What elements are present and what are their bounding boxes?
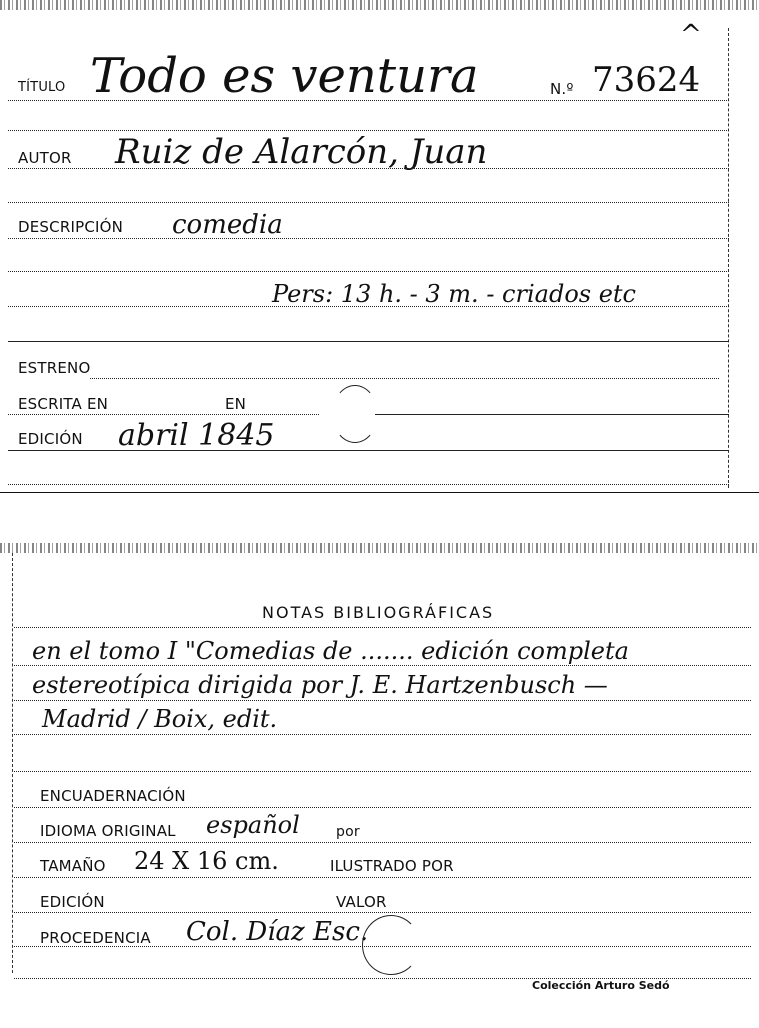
numero-mark: ^ [680,20,702,50]
rule [8,306,729,307]
rule [8,271,729,272]
autor-label: AUTOR [18,149,72,167]
rule [14,912,751,913]
rule [14,842,751,843]
procedencia-label: PROCEDENCIA [40,929,151,947]
card-divider [0,492,759,493]
numero-value: 73624 [592,60,700,100]
procedencia-value: Col. Díaz Esc. [186,917,368,947]
rule [14,700,751,701]
rule [14,665,751,666]
rule [8,130,729,131]
autor-value: Ruiz de Alarcón, Juan [115,132,487,172]
rule [8,238,729,239]
edicion-value: abril 1845 [118,418,275,453]
catalog-card-bottom: NOTAS BIBLIOGRÁFICAS en el tomo I "Comed… [0,553,759,1028]
tamano-value: 24 X 16 cm. [134,847,279,875]
valor-label: VALOR [336,893,387,911]
tamano-label: TAMAÑO [40,857,106,875]
descripcion-value: comedia [172,210,283,240]
notes-line-3: Madrid / Boix, edit. [42,705,277,733]
titulo-label: TÍTULO [18,80,65,95]
rule [8,450,729,451]
rule [14,627,751,628]
catalog-card-top: TÍTULO Todo es ventura N.º 73624 ^ AUTOR… [0,0,759,495]
edicion-label: EDICIÓN [18,430,83,448]
descripcion-label: DESCRIPCIÓN [18,218,123,236]
notes-line-1: en el tomo I "Comedias de ....... edició… [32,637,629,665]
rule [90,378,719,379]
escrita-en-label: ESCRITA EN [18,395,108,413]
notas-heading: NOTAS BIBLIOGRÁFICAS [262,603,494,622]
rule [8,414,319,415]
titulo-value: Todo es ventura [90,48,479,104]
collection-footer: Colección Arturo Sedó [532,979,670,992]
descripcion-extra: Pers: 13 h. - 3 m. - criados etc [272,280,636,308]
rule [8,202,729,203]
rule [14,771,751,772]
rule [8,341,729,342]
torn-edge-middle [0,543,759,553]
card-left-border [12,553,13,973]
encuadernacion-label: ENCUADERNACIÓN [40,787,186,805]
rule [14,946,751,947]
rule [8,484,729,485]
idioma-label: IDIOMA ORIGINAL [40,822,176,840]
rule [375,414,729,415]
rule [14,734,751,735]
stamp-circle [362,915,420,975]
rule [8,168,729,169]
numero-label: N.º [550,80,574,98]
ilustrado-label: ILUSTRADO POR [330,857,454,875]
estreno-label: ESTRENO [18,359,91,377]
notes-line-2: estereotípica dirigida por J. E. Hartzen… [32,671,608,699]
escrita-en-en-label: EN [225,395,246,413]
edicion-bottom-label: EDICIÓN [40,893,105,911]
rule [14,877,751,878]
card-right-border [728,28,729,488]
rule [14,807,751,808]
rule [8,100,729,101]
idioma-value: español [206,811,300,839]
stamp-circle [332,385,378,443]
idioma-por-label: por [336,824,360,840]
